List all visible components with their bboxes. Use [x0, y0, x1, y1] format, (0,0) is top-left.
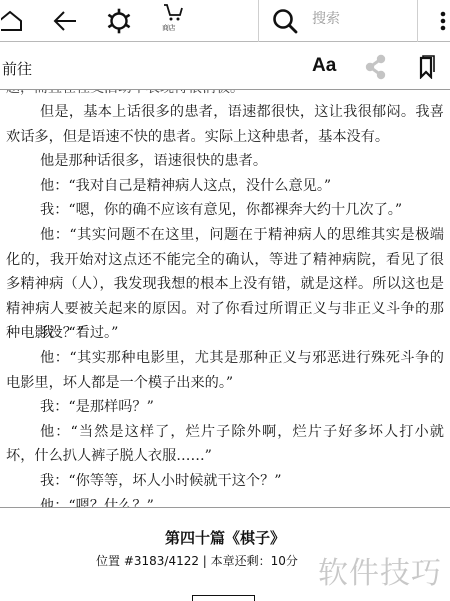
paragraph: 他：“我对自己是精神病人这点，没什么意见。” — [6, 174, 444, 199]
bookmark-button[interactable] — [418, 55, 436, 83]
clipped-text-line: 题，而且在社交活动中表现得很消极。 — [6, 90, 436, 100]
more-menu-button[interactable] — [436, 0, 450, 41]
paragraph: 我：“嗯，你的确不应该有意见，你都裸奔大约十几次了。” — [6, 198, 444, 223]
shop-label: 商店 — [162, 23, 175, 33]
bookmark-icon — [418, 55, 436, 79]
paragraph: 他：“当然是这样了，烂片子除外啊，烂片子好多坏人打小就坏，什么扒人裤子脱人衣服…… — [6, 420, 444, 469]
back-button[interactable] — [50, 0, 80, 41]
reader-header-bar: 前往 Aa — [0, 42, 450, 90]
share-button[interactable] — [364, 54, 388, 84]
chapter-title: 第四十篇《棋子》 — [0, 527, 450, 548]
home-icon — [1, 10, 23, 32]
watermark: 软件技巧 — [318, 548, 442, 592]
brightness-gear-icon — [106, 8, 132, 34]
top-toolbar: 商店 搜索 — [0, 0, 450, 42]
more-vertical-icon — [439, 10, 447, 32]
goto-button[interactable]: 前往 — [2, 58, 32, 79]
progress-handle[interactable] — [192, 595, 255, 601]
toolbar-divider — [417, 0, 418, 42]
paragraph: 他：“其实那种电影里，尤其是那种正义与邪恶进行殊死斗争的电影里，坏人都是一个模子… — [6, 346, 444, 395]
cart-icon — [160, 2, 186, 24]
location-progress: 位置 #3183/4122 | 本章还剩：10分 — [96, 552, 298, 569]
paragraph: 我：“是那样吗？” — [6, 395, 444, 420]
back-arrow-icon — [52, 10, 78, 32]
home-button[interactable] — [0, 0, 24, 41]
paragraph: 但是，基本上话很多的患者，语速都很快，这让我很郁闷。我喜欢话多，但是语速不快的患… — [6, 100, 444, 149]
font-settings-button[interactable]: Aa — [312, 55, 336, 77]
paragraph: 我：“看过。” — [6, 321, 444, 346]
paragraph: 他：“嗯？什么？” — [6, 494, 444, 507]
search-icon — [271, 7, 299, 35]
paragraph: 我：“你等等，坏人小时候就干这个？” — [6, 469, 444, 494]
toolbar-divider — [258, 0, 259, 42]
content-separator — [0, 507, 450, 508]
search-input[interactable]: 搜索 — [312, 8, 340, 28]
search-button[interactable] — [268, 0, 302, 41]
display-settings-button[interactable] — [104, 0, 134, 41]
shop-button[interactable] — [158, 0, 188, 41]
paragraph: 他是那种话很多，语速很快的患者。 — [6, 149, 444, 174]
share-icon — [364, 54, 388, 80]
reading-pane[interactable]: 题，而且在社交活动中表现得很消极。 但是，基本上话很多的患者，语速都很快，这让我… — [0, 90, 450, 507]
